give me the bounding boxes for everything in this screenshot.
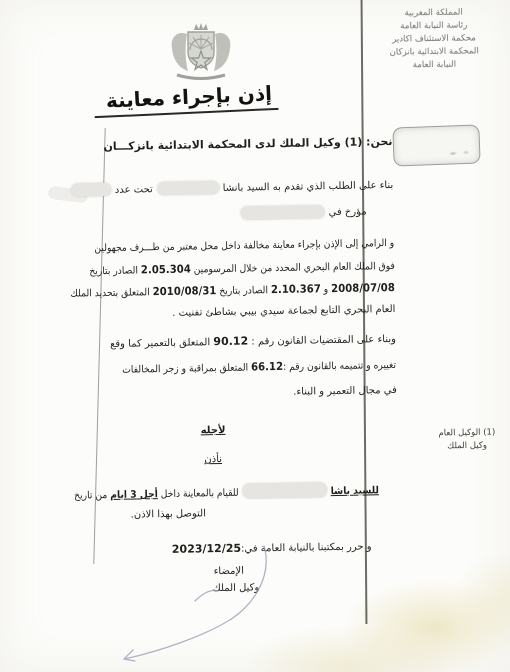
margin-footnote: (1) الوكيل العام وكيل الملك xyxy=(428,426,506,452)
legal-text: المتعلق بمراقبة و زجر المخالفات xyxy=(123,362,252,375)
closing-date: 2023/12/25 xyxy=(172,542,241,556)
aim-text: و xyxy=(321,284,331,295)
stamp-residue xyxy=(445,150,471,157)
legal-line-1: وبناء على المقتضيات القانون رقم : 90.12 … xyxy=(110,331,396,352)
intro-line: نحن: (1) وكيل الملك لدى المحكمة الابتدائ… xyxy=(103,134,392,154)
legal-line-2: تغييره و تتميمه بالقانون رقم :66.12 المت… xyxy=(122,357,396,378)
dated-line: مؤرخ في xyxy=(236,204,366,221)
order-text: من تاريخ xyxy=(74,490,110,502)
signature-label: الإمضاء xyxy=(214,564,245,580)
redaction-blob xyxy=(157,181,219,195)
scanned-document-page: المملكة المغربية رئاسة النيابة العامة مح… xyxy=(0,0,510,672)
order-line-1: للسيد باشاللقيام بالمعاينة داخل أجل 3 اي… xyxy=(74,481,379,503)
order-deadline: أجل 3 ايام xyxy=(110,489,158,501)
decree-date: 2010/08/31 xyxy=(153,284,217,298)
therefore-heading: لأجله xyxy=(201,423,226,438)
law-number: 90.12 xyxy=(213,335,248,349)
legal-text: تغييره و تتميمه بالقانون رقم : xyxy=(283,360,396,373)
dated-label: مؤرخ في xyxy=(328,206,366,218)
aim-text: الصادر بتاريخ xyxy=(216,285,271,297)
request-text: بناء على الطلب الذي تقدم به السيد بانشا xyxy=(223,180,394,194)
aim-text: الصادر بتاريخ xyxy=(89,265,141,277)
aim-line-1: و الرامي إلى الإذن بإجراء معاينة مخالفة … xyxy=(94,236,394,256)
aim-text: المتعلق بتحديد الملك xyxy=(70,287,153,299)
order-line-2: التوصل بهذا الاذن. xyxy=(131,506,207,522)
legal-line-3: في مجال التعمير و البناء. xyxy=(293,383,397,400)
order-addressee: للسيد باشا xyxy=(330,485,378,497)
signer-title: وكيل الملك xyxy=(212,580,259,596)
legal-text: وبناء على المقتضيات القانون رقم : xyxy=(248,334,396,348)
redacted-stamp-box xyxy=(392,124,480,166)
request-text: تحت عدد xyxy=(115,184,153,196)
request-line: بناء على الطلب الذي تقدم به السيد بانشات… xyxy=(89,178,394,198)
authorize-heading: نأذن xyxy=(204,452,222,467)
footnote-line: (1) الوكيل العام xyxy=(428,426,506,440)
closing-text: و حرر بمكتبنا بالنيابة العامة في: xyxy=(241,541,372,554)
aim-line-4: العام البحري التابع لجماعة سيدي بيبي بشا… xyxy=(172,302,395,321)
aim-text: فوق الملك العام البحري المحدد من خلال ال… xyxy=(191,261,395,276)
redaction-blob xyxy=(242,482,327,498)
legal-text: المتعلق بالتعمير كما وقع xyxy=(110,337,214,350)
decree-number: 2.10.367 xyxy=(271,282,321,296)
redaction-blob xyxy=(240,205,324,219)
order-text: للقيام بالمعاينة داخل xyxy=(157,488,238,500)
footnote-line: وكيل الملك xyxy=(428,439,506,453)
document-body: نحن: (1) وكيل الملك لدى المحكمة الابتدائ… xyxy=(80,0,402,672)
aim-line-3: 2008/07/08 و 2.10.367 الصادر بتاريخ 2010… xyxy=(70,280,395,302)
law-number: 66.12 xyxy=(251,360,283,374)
aim-line-2: فوق الملك العام البحري المحدد من خلال ال… xyxy=(89,258,395,279)
decree-date: 2008/07/08 xyxy=(331,281,395,295)
closing-line: و حرر بمكتبنا بالنيابة العامة في:2023/12… xyxy=(172,538,372,557)
redaction-blob xyxy=(71,183,111,197)
decree-number: 2.05.304 xyxy=(141,263,191,277)
